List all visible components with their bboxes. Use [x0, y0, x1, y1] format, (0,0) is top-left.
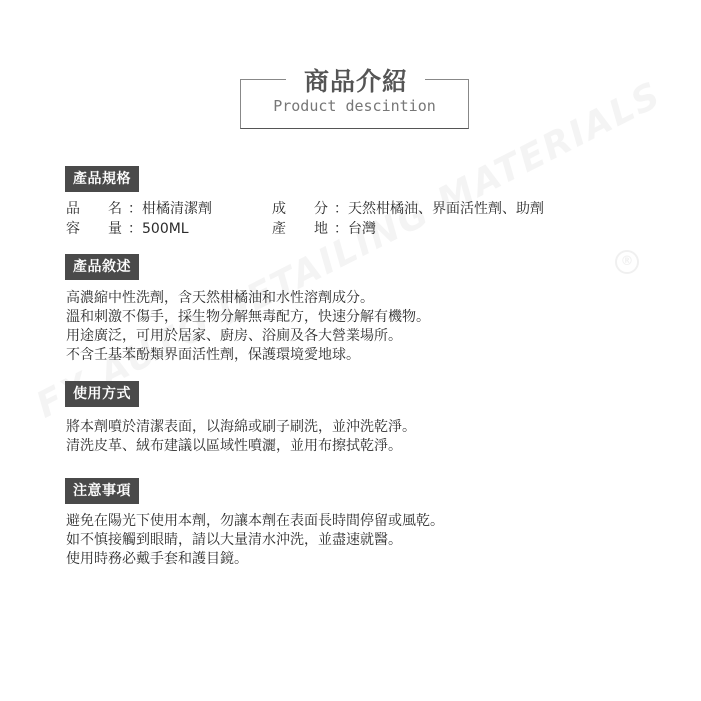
spec-key: 成分	[272, 198, 334, 218]
usage-line: 將本劑噴於清潔表面，以海綿或刷子刷洗，並沖洗乾淨。	[66, 418, 416, 437]
spec-key: 品名	[66, 198, 128, 218]
notes-line: 使用時務必戴手套和護目鏡。	[66, 550, 444, 569]
page-title: 商品介紹	[290, 62, 422, 98]
spec-right-column: 產地：台灣	[272, 218, 376, 238]
page-subtitle: Product descintion	[240, 97, 469, 115]
description-line: 高濃縮中性洗劑，含天然柑橘油和水性溶劑成分。	[66, 289, 430, 308]
usage-text: 將本劑噴於清潔表面，以海綿或刷子刷洗，並沖洗乾淨。 清洗皮革、絨布建議以區域性噴…	[66, 418, 416, 456]
spec-row: 容量：500ML 產地：台灣	[66, 218, 189, 238]
spec-key-char: 地	[314, 221, 328, 237]
section-label-notes: 注意事項	[65, 478, 139, 504]
spec-value: ：柑橘清潔劑	[128, 198, 212, 218]
section-label-usage: 使用方式	[65, 381, 139, 407]
description-line: 用途廣泛，可用於居家、廚房、浴廁及各大營業場所。	[66, 327, 430, 346]
section-label-description: 產品敘述	[65, 254, 139, 280]
spec-key: 產地	[272, 218, 334, 238]
registered-mark-icon: ®	[615, 250, 639, 274]
spec-value: ：台灣	[334, 218, 376, 238]
spec-key-char: 品	[66, 198, 108, 218]
spec-value: ：天然柑橘油、界面活性劑、助劑	[334, 198, 544, 218]
spec-value: ：500ML	[128, 218, 189, 238]
spec-row: 品名：柑橘清潔劑 成分：天然柑橘油、界面活性劑、助劑	[66, 198, 212, 218]
title-frame-top-left	[240, 79, 286, 80]
description-text: 高濃縮中性洗劑，含天然柑橘油和水性溶劑成分。 溫和刺激不傷手，採生物分解無毒配方…	[66, 289, 430, 365]
notes-text: 避免在陽光下使用本劑，勿讓本劑在表面長時間停留或風乾。 如不慎接觸到眼睛，請以大…	[66, 512, 444, 569]
spec-key-char: 容	[66, 218, 108, 238]
spec-key-char: 名	[108, 201, 122, 217]
description-line: 不含壬基苯酚類界面活性劑，保護環境愛地球。	[66, 346, 430, 365]
spec-right-column: 成分：天然柑橘油、界面活性劑、助劑	[272, 198, 544, 218]
section-label-specs: 產品規格	[65, 166, 139, 192]
title-frame-top-right	[425, 79, 469, 80]
spec-key-char: 分	[314, 201, 328, 217]
notes-line: 如不慎接觸到眼睛，請以大量清水沖洗，並盡速就醫。	[66, 531, 444, 550]
usage-line: 清洗皮革、絨布建議以區域性噴灑，並用布擦拭乾淨。	[66, 437, 416, 456]
spec-key-char: 成	[272, 198, 314, 218]
description-line: 溫和刺激不傷手，採生物分解無毒配方，快速分解有機物。	[66, 308, 430, 327]
spec-key: 容量	[66, 218, 128, 238]
notes-line: 避免在陽光下使用本劑，勿讓本劑在表面長時間停留或風乾。	[66, 512, 444, 531]
spec-key-char: 量	[108, 221, 122, 237]
spec-key-char: 產	[272, 218, 314, 238]
